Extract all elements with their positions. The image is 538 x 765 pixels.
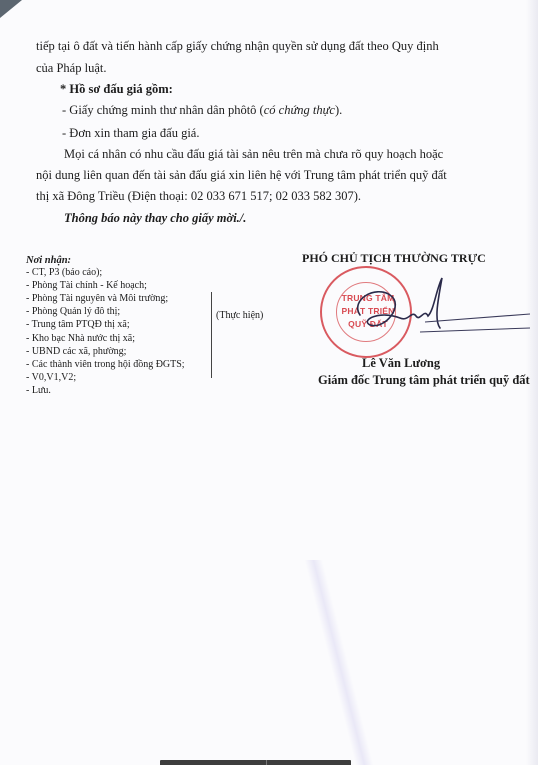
viewer-toolbar[interactable]: [160, 760, 351, 765]
recipient-item: - Trung tâm PTQĐ thị xã;: [26, 320, 130, 330]
recipient-item: - Kho bạc Nhà nước thị xã;: [26, 334, 135, 344]
recipients-bracket: [211, 292, 212, 378]
section-heading: * Hồ sơ đấu giá gồm:: [60, 83, 173, 96]
requirement-item-1-prefix: - Giấy chứng minh thư nhân dân phôtô (: [62, 103, 264, 117]
contact-paragraph-line-2: nội dung liên quan đến tài sản đấu giá x…: [36, 169, 447, 182]
signer-name: Lê Văn Lương: [362, 357, 440, 370]
recipients-title: Nơi nhận:: [26, 256, 71, 267]
handwritten-signature: [330, 270, 530, 340]
recipient-item: - Các thành viên trong hội đồng ĐGTS;: [26, 360, 185, 370]
toolbar-divider: [266, 760, 267, 765]
body-line-1: tiếp tại ô đất và tiến hành cấp giấy chứ…: [36, 40, 439, 53]
recipient-item: - Phòng Quản lý đô thị;: [26, 307, 120, 317]
signer-position: PHÓ CHỦ TỊCH THƯỜNG TRỰC: [302, 252, 486, 264]
contact-paragraph-line-1: Mọi cá nhân có nhu cầu đấu giá tài sản n…: [64, 148, 443, 161]
recipient-item: - Phòng Tài chính - Kế hoạch;: [26, 281, 147, 291]
requirement-item-1-note: có chứng thực: [264, 103, 335, 117]
recipient-item: - V0,V1,V2;: [26, 373, 76, 383]
document-page: tiếp tại ô đất và tiến hành cấp giấy chứ…: [0, 0, 538, 765]
requirement-item-1: - Giấy chứng minh thư nhân dân phôtô (có…: [62, 104, 342, 117]
recipients-bracket-note: (Thực hiện): [216, 311, 263, 321]
recipient-item: - Lưu.: [26, 386, 51, 396]
recipient-item: - CT, P3 (báo cáo);: [26, 268, 102, 278]
requirement-item-2: - Đơn xin tham gia đấu giá.: [62, 127, 199, 140]
scan-streak: [304, 560, 373, 765]
body-line-2: của Pháp luật.: [36, 62, 106, 75]
requirement-item-1-suffix: ).: [335, 103, 342, 117]
page-corner-fold: [0, 0, 22, 18]
recipient-item: - UBND các xã, phường;: [26, 347, 126, 357]
contact-paragraph-line-3: thị xã Đông Triều (Điện thoại: 02 033 67…: [36, 190, 361, 203]
closing-note: Thông báo này thay cho giấy mời./.: [64, 212, 246, 225]
recipient-item: - Phòng Tài nguyên và Môi trường;: [26, 294, 168, 304]
signer-title: Giám đốc Trung tâm phát triển quỹ đất: [318, 374, 530, 387]
